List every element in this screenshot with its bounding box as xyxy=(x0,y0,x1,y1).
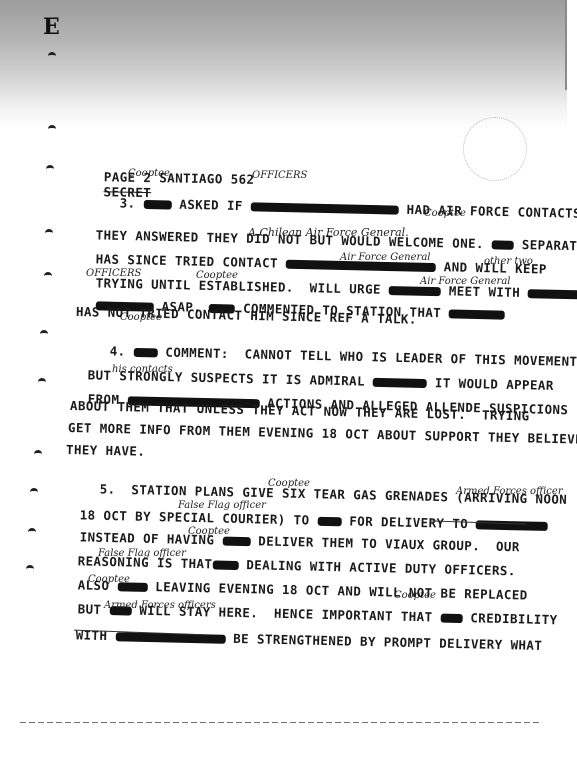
binder-hole-icon xyxy=(44,272,52,280)
redaction xyxy=(251,202,399,214)
binder-hole-icon xyxy=(26,565,34,573)
annotation-cooptee: Cooptee xyxy=(268,478,310,489)
redaction xyxy=(449,309,505,319)
annotation-other-two: other two xyxy=(484,256,533,267)
binder-hole-icon xyxy=(30,488,38,496)
bottom-rule xyxy=(20,722,540,723)
annotation-cooptee: Cooptee xyxy=(424,208,466,219)
annotation-his-contacts: his contacts xyxy=(112,364,173,375)
faint-stamp-circle xyxy=(463,117,527,181)
annotation-false-flag-officer: False Flag officer xyxy=(98,548,186,559)
annotation-cooptee: Cooptee xyxy=(128,168,170,179)
annotation-air-force-general: Air Force General xyxy=(420,276,510,287)
corner-mark: E xyxy=(43,14,60,40)
annotation-cooptee: Cooptee xyxy=(188,526,230,537)
annotation-cooptee: Cooptee xyxy=(196,270,238,281)
annotation-officers: OFFICERS xyxy=(86,268,141,279)
binder-hole-icon xyxy=(48,52,56,60)
annotation-officers: OFFICERS xyxy=(252,170,307,181)
annotation-false-flag-officer: False Flag officer xyxy=(178,500,266,511)
annotation-armed-forces-officers: Armed Forces officers xyxy=(104,600,216,611)
annotation-armed-forces-officer: Armed Forces officer xyxy=(456,486,563,497)
redaction xyxy=(143,200,171,210)
binder-hole-icon xyxy=(40,330,48,338)
binder-hole-icon xyxy=(38,378,46,386)
para4-line6: THEY HAVE. xyxy=(66,442,146,459)
annotation-cooptee: Cooptee xyxy=(88,574,130,585)
binder-hole-icon xyxy=(45,229,53,237)
binder-hole-icon xyxy=(48,125,56,133)
redaction xyxy=(528,289,577,299)
scan-margin xyxy=(567,0,577,757)
binder-hole-icon xyxy=(46,165,54,173)
binder-hole-icon xyxy=(28,528,36,536)
binder-hole-icon xyxy=(34,450,42,458)
annotation-air-force-general: A Chilean Air Force General. xyxy=(248,226,409,239)
annotation-cooptee: Cooptee xyxy=(120,312,162,323)
annotation-air-force-general: Air Force General xyxy=(340,252,430,263)
